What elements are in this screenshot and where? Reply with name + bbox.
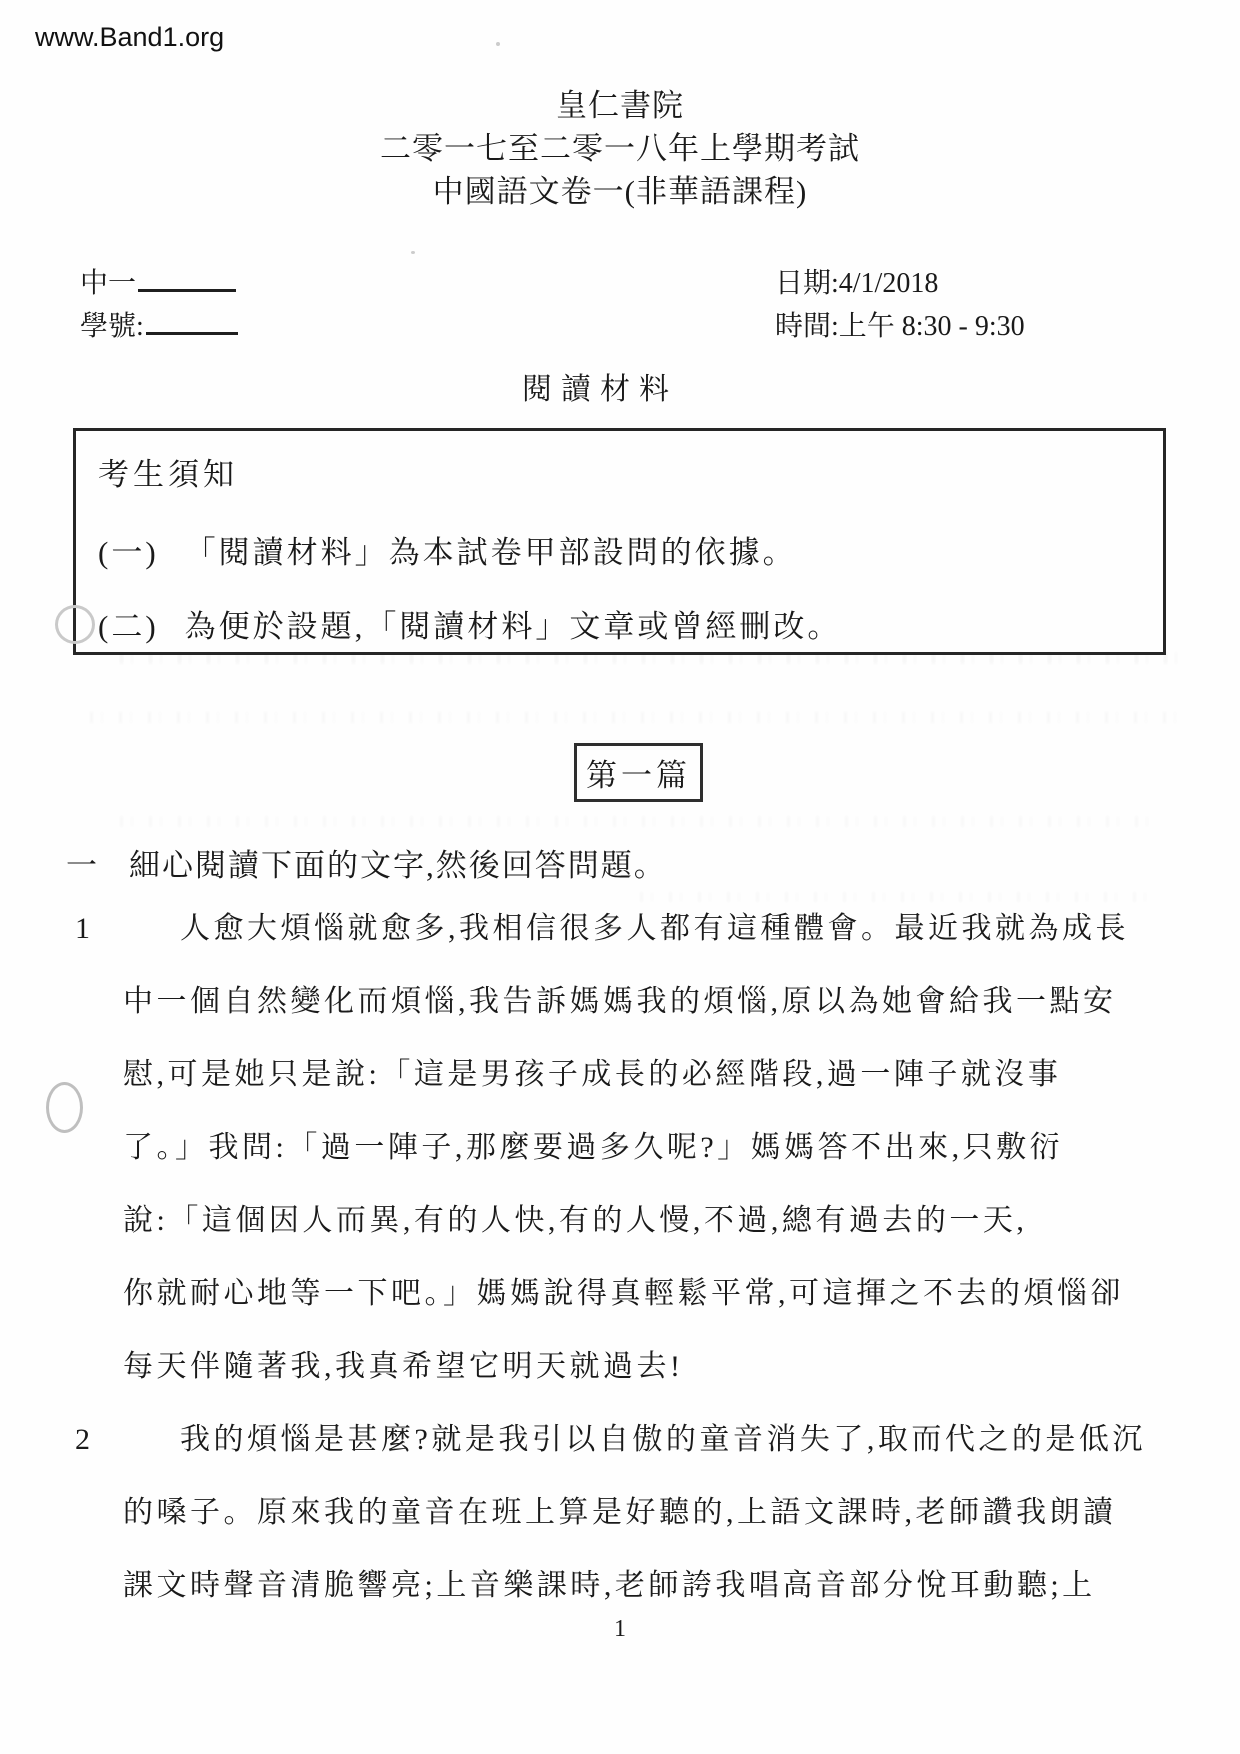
passage-line: 我的煩惱是甚麼?就是我引以自傲的童音消失了,取而代之的是低沉 xyxy=(123,1403,1175,1476)
paper-title: 中國語文卷一(非華語課程) xyxy=(0,170,1240,213)
passage-line: 你就耐心地等一下吧。」媽媽說得真輕鬆平常,可這揮之不去的煩惱卻 xyxy=(123,1257,1175,1330)
section-instruction: 一細心閱讀下面的文字,然後回答問題。 xyxy=(66,840,667,885)
school-name: 皇仁書院 xyxy=(0,84,1240,127)
passage-line: 說:「這個因人而異,有的人快,有的人慢,不過,總有過去的一天, xyxy=(123,1184,1175,1257)
date-value: 4/1/2018 xyxy=(839,268,939,299)
hole-punch-mark xyxy=(46,1082,83,1133)
paragraph-1-number: 1 xyxy=(75,892,115,965)
notice-item-1-number: (一) xyxy=(98,535,159,570)
class-label: 中一 xyxy=(80,268,136,299)
reading-passage: 1 人愈大煩惱就愈多,我相信很多人都有這種體會。最近我就為成長 中一個自然變化而… xyxy=(75,892,1175,1622)
paragraph-2: 2 我的煩惱是甚麼?就是我引以自傲的童音消失了,取而代之的是低沉 的嗓子。原來我… xyxy=(75,1403,1175,1622)
date-label: 日期: xyxy=(775,268,839,299)
notice-item-1-text: 「閱讀材料」為本試卷甲部設問的依據。 xyxy=(185,535,797,570)
paragraph-1: 1 人愈大煩惱就愈多,我相信很多人都有這種體會。最近我就為成長 中一個自然變化而… xyxy=(75,892,1175,1403)
student-info-block: 中一 學號: xyxy=(80,262,238,348)
scanned-exam-page: www.Band1.org 皇仁書院 二零一七至二零一八年上學期考試 中國語文卷… xyxy=(0,0,1240,1754)
exam-datetime-block: 日期:4/1/2018 時間:上午 8:30 - 9:30 xyxy=(775,262,1025,348)
date-line: 日期:4/1/2018 xyxy=(775,262,1025,305)
reading-material-heading: 閱讀材料 xyxy=(0,364,1240,408)
notice-item-1: (一)「閱讀材料」為本試卷甲部設問的依據。 xyxy=(98,527,797,572)
scan-speck xyxy=(496,42,500,46)
passage-line: 慰,可是她只是說:「這是男孩子成長的必經階段,過一陣子就沒事 xyxy=(123,1038,1175,1111)
exam-header: 皇仁書院 二零一七至二零一八年上學期考試 中國語文卷一(非華語課程) xyxy=(0,84,1240,213)
part-one-title-box: 第一篇 xyxy=(574,743,703,802)
passage-line: 了。」我問:「過一陣子,那麼要過多久呢?」媽媽答不出來,只敷衍 xyxy=(123,1111,1175,1184)
passage-line: 課文時聲音清脆響亮;上音樂課時,老師誇我唱高音部分悅耳動聽;上 xyxy=(123,1549,1175,1622)
student-no-label: 學號: xyxy=(80,311,144,342)
scan-noise-band xyxy=(90,712,1180,723)
scan-noise-band xyxy=(120,816,1160,827)
instruction-text: 細心閱讀下面的文字,然後回答問題。 xyxy=(129,848,667,883)
notice-item-2: (二)為便於設題,「閱讀材料」文章或曾經刪改。 xyxy=(98,601,841,646)
notice-item-2-number: (二) xyxy=(98,609,159,644)
page-number: 1 xyxy=(0,1616,1240,1643)
scan-speck xyxy=(411,251,415,254)
time-value: 上午 8:30 - 9:30 xyxy=(839,311,1025,342)
time-label: 時間: xyxy=(775,311,839,342)
class-blank-line xyxy=(138,265,236,292)
passage-line: 每天伴隨著我,我真希望它明天就過去! xyxy=(123,1330,1175,1403)
passage-line: 中一個自然變化而煩惱,我告訴媽媽我的煩惱,原以為她會給我一點安 xyxy=(123,965,1175,1038)
time-line: 時間:上午 8:30 - 9:30 xyxy=(775,305,1025,348)
class-line: 中一 xyxy=(80,262,238,305)
notice-heading: 考生須知 xyxy=(98,449,238,494)
paragraph-2-number: 2 xyxy=(75,1403,115,1476)
hole-punch-mark xyxy=(55,605,95,644)
student-no-line: 學號: xyxy=(80,305,238,348)
site-watermark: www.Band1.org xyxy=(35,22,224,53)
passage-line: 人愈大煩惱就愈多,我相信很多人都有這種體會。最近我就為成長 xyxy=(123,892,1175,965)
notice-item-2-text: 為便於設題,「閱讀材料」文章或曾經刪改。 xyxy=(185,609,842,644)
instruction-number: 一 xyxy=(66,848,99,883)
student-no-blank-line xyxy=(146,308,238,335)
candidate-notice-box: 考生須知 (一)「閱讀材料」為本試卷甲部設問的依據。 (二)為便於設題,「閱讀材… xyxy=(73,428,1166,655)
passage-line: 的嗓子。原來我的童音在班上算是好聽的,上語文課時,老師讚我朗讀 xyxy=(123,1476,1175,1549)
exam-session: 二零一七至二零一八年上學期考試 xyxy=(0,127,1240,170)
